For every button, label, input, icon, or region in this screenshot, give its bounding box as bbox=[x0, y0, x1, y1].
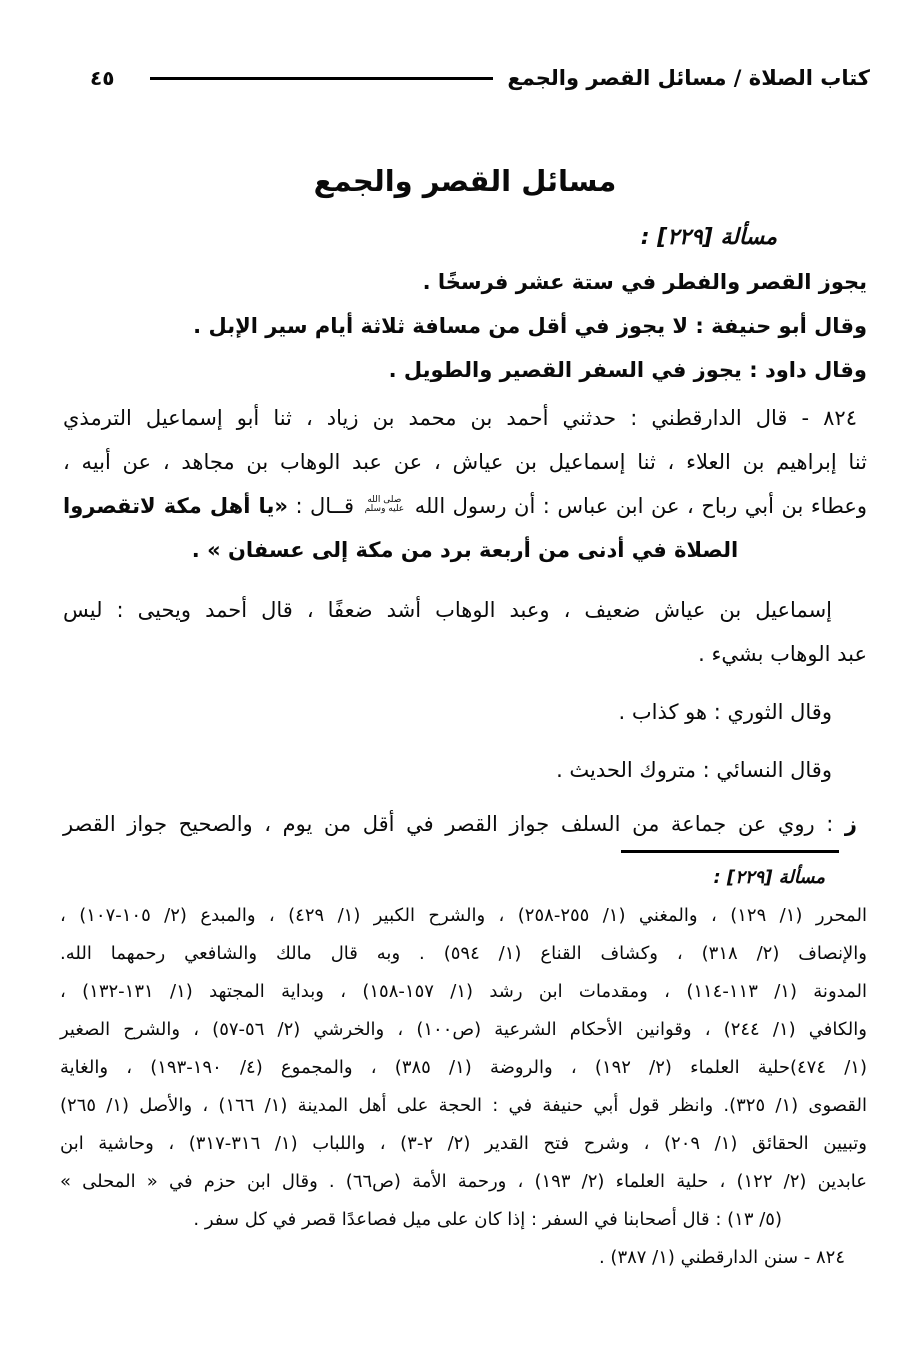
page-number: ٤٥ bbox=[90, 66, 114, 90]
matn-line: وقال داود : يجوز في السفر القصير والطويل… bbox=[63, 348, 867, 392]
footnote-ref-line: والكافي (١/ ٢٤٤) ، وقوانين الأحكام الشرع… bbox=[60, 1011, 867, 1049]
page-header: ٤٥ كتاب الصلاة / مسائل القصر والجمع bbox=[90, 60, 870, 96]
section-title: مسائل القصر والجمع bbox=[63, 152, 867, 210]
matn-line: يجوز القصر والفطر في ستة عشر فرسخًا . bbox=[63, 260, 867, 304]
running-title: كتاب الصلاة / مسائل القصر والجمع bbox=[507, 66, 870, 90]
nasai-quote: وقال النسائي : متروك الحديث . bbox=[63, 748, 867, 792]
salla-allahu-alayhi-wa-sallam-symbol: صلى اللهعليه وسلم bbox=[365, 496, 405, 514]
hadith-isnad-line: ٨٢٤ - قال الدارقطني : حدثني أحمد بن محمد… bbox=[63, 396, 867, 440]
hadith-text-line: الصلاة في أدنى من أربعة برد من مكة إلى ع… bbox=[63, 528, 867, 572]
header-rule bbox=[150, 77, 493, 80]
masala-heading: مسألة [٢٢٩] : bbox=[63, 216, 867, 260]
footnote-ref-line: وتبيين الحقائق (١/ ٢٠٩) ، وشرح فتح القدي… bbox=[60, 1125, 867, 1163]
footnote-ref-line: المحرر (١/ ١٢٩) ، والمغني (١/ ٢٥٥-٢٥٨) ،… bbox=[60, 897, 867, 935]
hadith-isnad-segment: قــال : bbox=[295, 494, 354, 518]
footnote-ref-line: عابدين (٢/ ١٢٢) ، حلية العلماء (٢/ ١٩٣) … bbox=[60, 1163, 867, 1201]
footnote-masala-label: مسألة [٢٢٩] : bbox=[60, 859, 867, 897]
commentary-line: إسماعيل بن عياش ضعيف ، وعبد الوهاب أشد ض… bbox=[63, 588, 867, 632]
footnote-separator-rule bbox=[621, 850, 839, 853]
hadith-text-segment: «يا أهل مكة لاتقصروا bbox=[63, 494, 288, 518]
matn-line: وقال أبو حنيفة : لا يجوز في أقل من مسافة… bbox=[63, 304, 867, 348]
za-addition-line: ز : روي عن جماعة من السلف جواز القصر في … bbox=[63, 802, 867, 846]
main-text: مسائل القصر والجمع مسألة [٢٢٩] : يجوز ال… bbox=[63, 152, 867, 846]
footnote-ref-line: المدونة (١/ ١١٣-١١٤) ، ومقدمات ابن رشد (… bbox=[60, 973, 867, 1011]
za-text: : روي عن جماعة من السلف جواز القصر في أق… bbox=[63, 812, 833, 836]
footnotes: مسألة [٢٢٩] : المحرر (١/ ١٢٩) ، والمغني … bbox=[60, 850, 867, 1277]
commentary-line: عبد الوهاب بشيء . bbox=[63, 632, 867, 676]
za-marker: ز bbox=[845, 812, 857, 836]
book-page: ٤٥ كتاب الصلاة / مسائل القصر والجمع مسائ… bbox=[0, 0, 921, 1370]
footnote-ref-line: (١/ ٤٧٤)حلية العلماء (٢/ ١٩٢) ، والروضة … bbox=[60, 1049, 867, 1087]
footnote-ref-line: القصوى (١/ ٣٢٥). وانظر قول أبي حنيفة في … bbox=[60, 1087, 867, 1125]
hadith-isnad-line: وعطاء بن أبي رباح ، عن ابن عباس : أن رسو… bbox=[63, 484, 867, 528]
footnote-ref-line: والإنصاف (٢/ ٣١٨) ، وكشاف القناع (١/ ٥٩٤… bbox=[60, 935, 867, 973]
hadith-isnad-line: ثنا إبراهيم بن العلاء ، ثنا إسماعيل بن ع… bbox=[63, 440, 867, 484]
hadith-isnad-segment: وعطاء بن أبي رباح ، عن ابن عباس : أن رسو… bbox=[415, 494, 867, 518]
footnote-ref-line: (٥/ ١٣) : قال أصحابنا في السفر : إذا كان… bbox=[60, 1201, 867, 1239]
thawri-quote: وقال الثوري : هو كذاب . bbox=[63, 690, 867, 734]
footnote-hadith-source: ٨٢٤ - سنن الدارقطني (١/ ٣٨٧) . bbox=[60, 1239, 867, 1277]
